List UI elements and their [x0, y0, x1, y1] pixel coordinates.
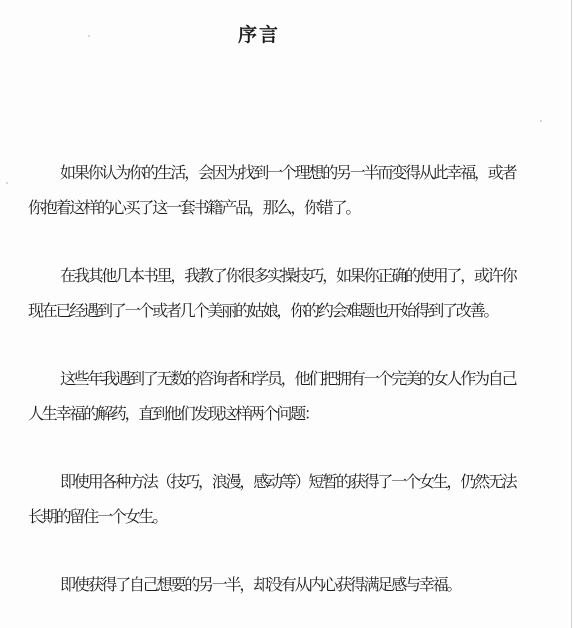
paragraph: 在我其他几本书里，我教了你很多实操技巧，如果你正确的使用了，或许你 现在已经遇到… — [28, 259, 543, 329]
page-title: 序言 — [0, 13, 573, 51]
paragraph: 即使用各种方法（技巧，浪漫，感动等）短暂的获得了一个女生，仍然无法 长期的留住一… — [28, 465, 543, 535]
paragraph: 即使获得了自己想要的另一半，却没有从内心获得满足感与幸福。 — [28, 568, 543, 603]
page-edge-line — [571, 0, 572, 628]
text-line: 如果你认为你的生活，会因为找到一个理想的另一半而变得从此幸福，或者 — [28, 156, 543, 191]
text-line: 这些年我遇到了无数的咨询者和学员，他们把拥有一个完美的女人作为自己 — [28, 362, 543, 397]
text-line: 即使用各种方法（技巧，浪漫，感动等）短暂的获得了一个女生，仍然无法 — [28, 465, 543, 500]
scan-speck — [88, 35, 90, 37]
paragraph: 如果你认为你的生活，会因为找到一个理想的另一半而变得从此幸福，或者 你抱着这样的… — [28, 156, 543, 226]
text-line: 长期的留住一个女生。 — [28, 500, 543, 535]
paragraph: 这些年我遇到了无数的咨询者和学员，他们把拥有一个完美的女人作为自己 人生幸福的解… — [28, 362, 543, 432]
text-line: 人生幸福的解药，直到他们发现这样两个问题： — [28, 397, 543, 432]
scan-speck — [6, 182, 8, 184]
text-line: 在我其他几本书里，我教了你很多实操技巧，如果你正确的使用了，或许你 — [28, 259, 543, 294]
text-line: 即使获得了自己想要的另一半，却没有从内心获得满足感与幸福。 — [28, 568, 543, 603]
page-body: 如果你认为你的生活，会因为找到一个理想的另一半而变得从此幸福，或者 你抱着这样的… — [28, 156, 543, 603]
text-line: 你抱着这样的心买了这一套书籍产品，那么，你错了。 — [28, 191, 543, 226]
document-page: 序言 如果你认为你的生活，会因为找到一个理想的另一半而变得从此幸福，或者 你抱着… — [0, 0, 573, 628]
scan-speck — [540, 120, 542, 122]
text-line: 现在已经遇到了一个或者几个美丽的姑娘，你的约会难题也开始得到了改善。 — [28, 294, 543, 329]
